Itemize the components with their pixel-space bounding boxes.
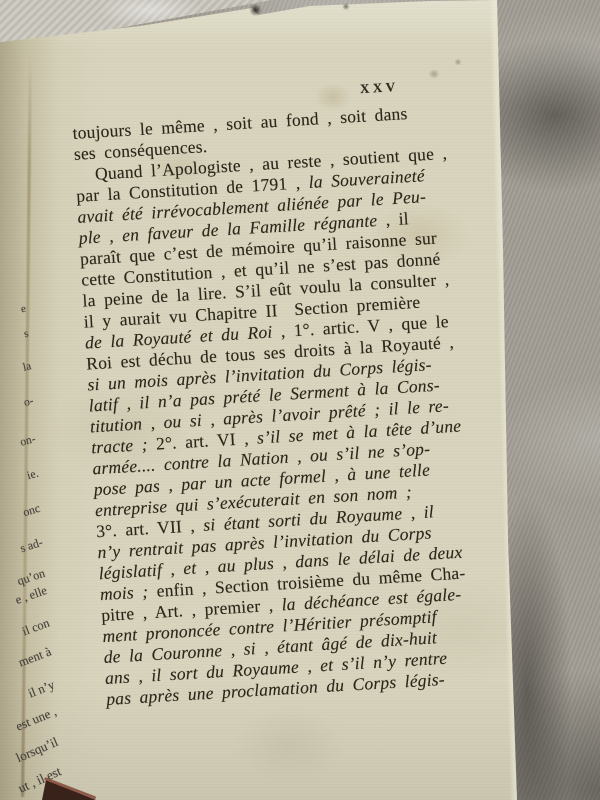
facing-page-fragment: on-	[19, 432, 37, 449]
facing-page-fragment: s	[23, 328, 30, 341]
roman-segment: , il	[377, 208, 410, 230]
facing-page-fragment: o-	[22, 395, 34, 409]
facing-page-text-fragments: eslao-on-ie.oncs ad-qu’one , elleil conm…	[0, 0, 70, 800]
page-text: toujours le même , soit au fond , soit d…	[72, 99, 508, 710]
facing-page-fragment: e	[20, 303, 27, 316]
facing-page-fragment: ie.	[25, 467, 40, 483]
page-edge-notch	[249, 4, 262, 16]
page-edge-speck	[342, 3, 350, 10]
italic-segment: mois ;	[99, 581, 157, 604]
italic-segment: tracte ;	[91, 434, 157, 458]
facing-page-fragment: ment à	[17, 644, 54, 670]
facing-page-fragment: lorsqu’il	[14, 734, 61, 766]
facing-page-fragment: il con	[20, 616, 51, 640]
page-number: XXV	[360, 79, 400, 97]
book-photo-scene: eslao-on-ie.oncs ad-qu’one , elleil conm…	[0, 0, 600, 800]
facing-page-fragment: onc	[21, 501, 42, 520]
facing-page-fragment: est une ,	[13, 704, 58, 734]
facing-page-fragment: il n’y	[26, 678, 57, 702]
facing-page-fragment: la	[21, 360, 32, 374]
facing-page-fragment: s ad-	[18, 535, 44, 556]
